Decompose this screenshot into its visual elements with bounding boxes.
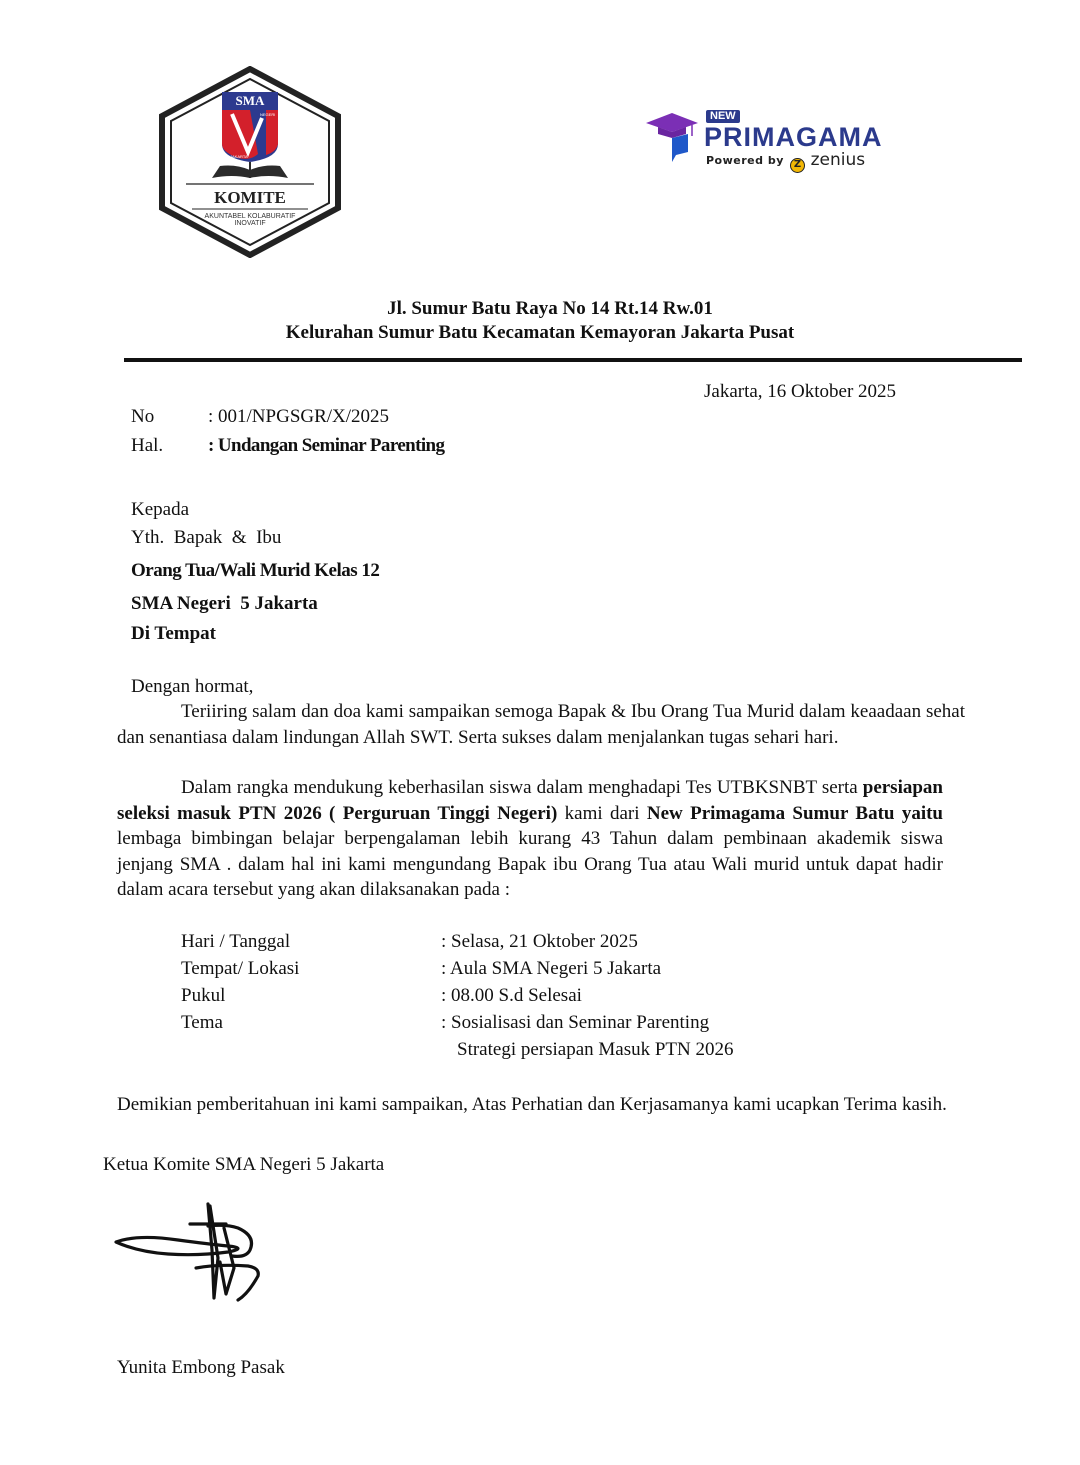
graduation-cap-icon — [644, 110, 702, 164]
primagama-logo: NEW PRIMAGAMA Powered by Z zenius — [644, 108, 904, 174]
svg-text:JAKARTA: JAKARTA — [230, 154, 248, 159]
event-value-time: : 08.00 S.d Selesai — [441, 984, 582, 1008]
svg-text:KOMITE: KOMITE — [214, 188, 286, 207]
greeting: Dengan hormat, — [131, 675, 253, 699]
paragraph-2: Dalam rangka mendukung keberhasilan sisw… — [117, 775, 943, 903]
svg-text:AKUNTABEL KOLABURATIF: AKUNTABEL KOLABURATIF — [205, 213, 296, 220]
svg-text:INOVATIF: INOVATIF — [234, 220, 265, 227]
subject-label: Hal. — [131, 434, 163, 458]
event-label-place: Tempat/ Lokasi — [181, 957, 299, 981]
recipient-place: Di Tempat — [131, 622, 216, 646]
event-value-date: : Selasa, 21 Oktober 2025 — [441, 930, 638, 954]
place-date: Jakarta, 16 Oktober 2025 — [704, 380, 896, 404]
event-value-place: : Aula SMA Negeri 5 Jakarta — [441, 957, 661, 981]
letterhead-divider — [124, 358, 1022, 362]
signature-icon — [108, 1198, 268, 1308]
signer-name: Yunita Embong Pasak — [117, 1356, 285, 1380]
shield-top-text: SMA — [236, 93, 266, 108]
zenius-icon: Z — [790, 158, 805, 173]
signer-title: Ketua Komite SMA Negeri 5 Jakarta — [103, 1153, 384, 1177]
komite-hexagon-icon: SMA NEGERI JAKARTA KOMITE AKUNTABEL KOLA… — [158, 66, 342, 258]
recipient-kepada: Kepada — [131, 498, 189, 522]
recipient-group: Orang Tua/Wali Murid Kelas 12 — [131, 559, 379, 583]
svg-text:NEGERI: NEGERI — [260, 112, 275, 117]
address-line-2: Kelurahan Sumur Batu Kecamatan Kemayoran… — [0, 322, 1080, 344]
zenius-wordmark: zenius — [811, 150, 866, 170]
subject-value: : Undangan Seminar Parenting — [208, 434, 444, 458]
komite-logo: SMA NEGERI JAKARTA KOMITE AKUNTABEL KOLA… — [158, 66, 342, 258]
closing-text: Demikian pemberitahuan ini kami sampaika… — [117, 1092, 947, 1118]
primagama-wordmark: PRIMAGAMA — [704, 122, 883, 152]
event-value-theme: : Sosialisasi dan Seminar Parenting — [441, 1011, 709, 1035]
event-label-date: Hari / Tanggal — [181, 930, 290, 954]
recipient-salutation: Yth. Bapak & Ibu — [131, 526, 281, 550]
paragraph-1: Teriiring salam dan doa kami sampaikan s… — [117, 699, 965, 750]
powered-by: Powered by Z zenius — [706, 152, 865, 173]
event-label-theme: Tema — [181, 1011, 223, 1035]
event-label-time: Pukul — [181, 984, 225, 1008]
no-value: : 001/NPGSGR/X/2025 — [208, 405, 389, 429]
address-line-1: Jl. Sumur Batu Raya No 14 Rt.14 Rw.01 — [10, 298, 1080, 320]
no-label: No — [131, 405, 154, 429]
highlight-primagama: New Primagama Sumur Batu yaitu — [647, 803, 943, 824]
event-value-theme-line2: Strategi persiapan Masuk PTN 2026 — [457, 1038, 734, 1062]
recipient-school: SMA Negeri 5 Jakarta — [131, 592, 318, 616]
